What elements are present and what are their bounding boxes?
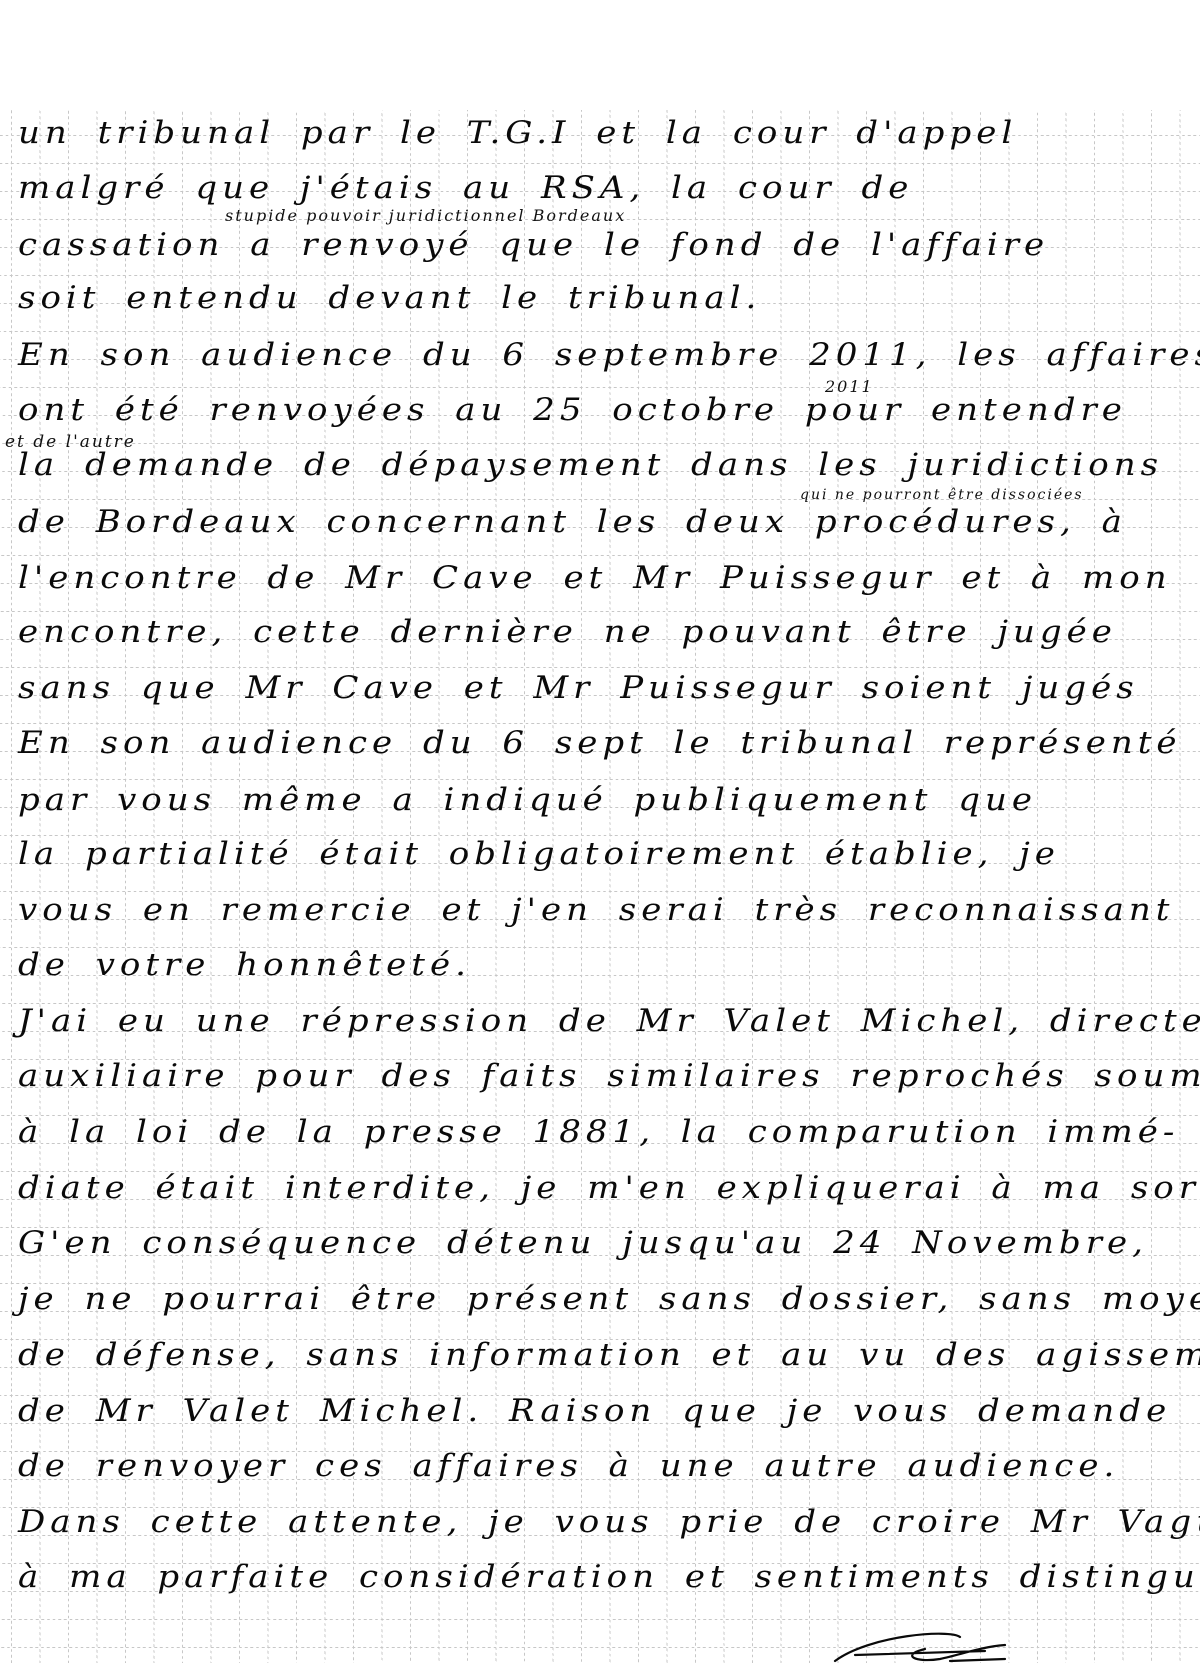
letter-page: un tribunal par le T.G.I et la cour d'ap… (0, 0, 1200, 1663)
text-line: En son audience du 6 sept le tribunal re… (18, 717, 1188, 769)
text-line: de votre honnêteté. (18, 939, 1188, 991)
text-line: à la loi de la presse 1881, la comparuti… (18, 1106, 1188, 1158)
text-line: l'encontre de Mr Cave et Mr Puissegur et… (18, 552, 1188, 604)
text-line: la partialité était obligatoirement étab… (18, 828, 1188, 880)
text-line: cassation a renvoyé que le fond de l'aff… (18, 219, 1188, 271)
text-line: G'en conséquence détenu jusqu'au 24 Nove… (18, 1217, 1188, 1269)
text-line: un tribunal par le T.G.I et la cour d'ap… (18, 107, 1188, 159)
signature-icon (830, 1625, 1020, 1663)
text-line: encontre, cette dernière ne pouvant être… (18, 606, 1188, 658)
text-line: de renvoyer ces affaires à une autre aud… (18, 1440, 1188, 1492)
text-line: sans que Mr Cave et Mr Puissegur soient … (18, 662, 1188, 714)
text-line: de défense, sans information et au vu de… (18, 1329, 1188, 1381)
interlinear-insertion: 2011 (825, 377, 874, 396)
text-line: à ma parfaite considération et sentiment… (18, 1551, 1188, 1603)
text-line: soit entendu devant le tribunal. (18, 272, 1188, 324)
text-line: Dans cette attente, je vous prie de croi… (18, 1496, 1188, 1548)
text-line: la demande de dépaysement dans les jurid… (18, 439, 1188, 491)
text-line: vous en remercie et j'en serai très reco… (18, 884, 1188, 936)
text-line: je ne pourrai être présent sans dossier,… (18, 1273, 1188, 1325)
text-line: diate était interdite, je m'en expliquer… (18, 1162, 1188, 1214)
text-line: de Mr Valet Michel. Raison que je vous d… (18, 1385, 1188, 1437)
text-line: J'ai eu une répression de Mr Valet Miche… (18, 995, 1188, 1047)
text-line: de Bordeaux concernant les deux procédur… (18, 496, 1188, 548)
text-line: par vous même a indiqué publiquement que (18, 774, 1188, 826)
text-line: ont été renvoyées au 25 octobre pour ent… (18, 384, 1188, 436)
text-line: auxiliaire pour des faits similaires rep… (18, 1050, 1188, 1102)
interlinear-insertion: et de l'autre (5, 432, 136, 452)
interlinear-insertion: stupide pouvoir juridictionnel Bordeaux (225, 206, 626, 225)
text-line: En son audience du 6 septembre 2011, les… (18, 329, 1188, 381)
interlinear-insertion: qui ne pourront être dissociées (800, 487, 1084, 503)
